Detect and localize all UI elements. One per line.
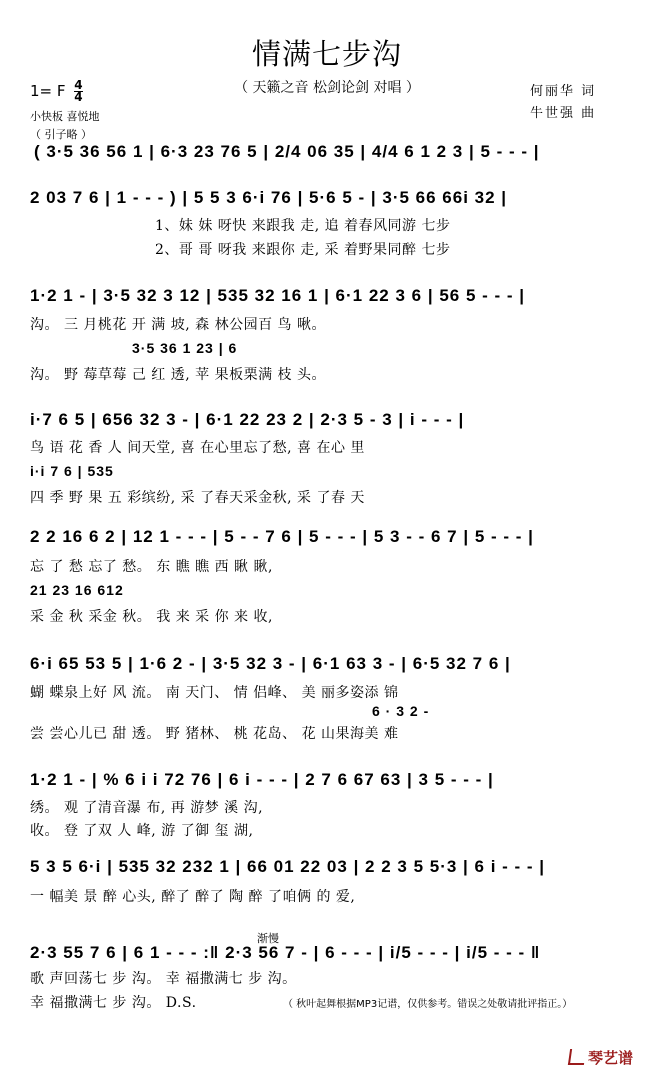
score-line-5-lyric-2: 采 金 秋 采金 秋。 我 来 采 你 来 收, xyxy=(30,606,273,626)
watermark-brand: 琴艺谱 xyxy=(588,1049,633,1067)
score-line-7-lyric-2: 收。 登 了双 人 峰, 游 了御 玺 湖, xyxy=(30,820,254,840)
score-line-2-lyric-2: 2、哥 哥 呀我 来跟你 走, 采 着野果同醉 七步 xyxy=(155,239,451,259)
watermark-logo: 琴艺谱 xyxy=(569,1047,633,1068)
score-line-4-notes: i·7 6 5 | 656 32 3 - | 6·1 22 23 2 | 2·3… xyxy=(30,410,464,430)
score-line-6-lyric-2: 尝 尝心儿已 甜 透。 野 猪林、 桃 花岛、 花 山果海美 难 xyxy=(30,723,399,743)
lyricist-credit: 何丽华 词 xyxy=(530,80,596,99)
score-line-5-alt-notes: 21 23 16 612 xyxy=(30,582,124,598)
tempo-marking: 小快板 喜悦地 xyxy=(30,108,100,124)
score-line-3-notes: 1·2 1 - | 3·5 32 3 12 | 535 32 16 1 | 6·… xyxy=(30,286,525,306)
song-title: 情满七步沟 xyxy=(0,32,654,73)
music-note-logo-icon xyxy=(568,1049,586,1065)
composer-credit: 牛世强 曲 xyxy=(530,102,596,121)
score-line-5-notes: 2 2 16 6 2 | 12 1 - - - | 5 - - 7 6 | 5 … xyxy=(30,527,534,547)
score-line-7-notes: 1·2 1 - | % 6 i i 72 76 | 6 i - - - | 2 … xyxy=(30,770,494,790)
score-line-1-notes: ( 3·5 36 56 1 | 6·3 23 76 5 | 2/4 06 35 … xyxy=(34,142,540,162)
score-line-2-notes: 2 03 7 6 | 1 - - - ) | 5 5 3 6·i 76 | 5·… xyxy=(30,188,507,208)
intro-note: （ 引子略 ） xyxy=(30,126,92,142)
score-line-8-notes: 5 3 5 6·i | 535 32 232 1 | 66 01 22 03 |… xyxy=(30,857,545,877)
transcription-footnote: （ 秋叶起舞根据MP3记谱，仅供参考。错误之处敬请批评指正。） xyxy=(283,995,572,1010)
score-line-4-lyric-1: 鸟 语 花 香 人 间天堂, 喜 在心里忘了愁, 喜 在心 里 xyxy=(30,437,365,457)
key-signature: 1= F 4 4 xyxy=(30,80,83,103)
score-line-6-notes: 6·i 65 53 5 | 1·6 2 - | 3·5 32 3 - | 6·1… xyxy=(30,654,511,674)
score-line-2-lyric-1: 1、妹 妹 呀快 来跟我 走, 追 着春风同游 七步 xyxy=(155,215,451,235)
score-line-3-lyric-1: 沟。 三 月桃花 开 满 坡, 森 林公园百 鸟 啾。 xyxy=(30,314,326,334)
key-label: 1= F xyxy=(30,82,66,100)
score-line-6-lyric-1: 蝴 蝶泉上好 风 流。 南 天门、 情 侣峰、 美 丽多姿添 锦 xyxy=(30,682,399,702)
score-line-9-lyric-1: 歌 声回荡七 步 沟。 幸 福撒满七 步 沟。 xyxy=(30,968,297,988)
score-line-9-notes: 2·3 55 7 6 | 6 1 - - - :‖ 2·3 56 7 - | 6… xyxy=(30,943,540,963)
time-signature: 4 4 xyxy=(74,80,82,103)
score-line-6-alt-notes: 6 · 3 2 - xyxy=(372,703,429,719)
score-line-4-alt-notes: i·i 7 6 | 535 xyxy=(30,463,114,479)
score-line-7-lyric-1: 绣。 观 了清音瀑 布, 再 游梦 溪 沟, xyxy=(30,797,263,817)
score-line-3-lyric-2: 沟。 野 莓草莓 己 红 透, 苹 果板栗满 枝 头。 xyxy=(30,364,326,384)
score-line-4-lyric-2: 四 季 野 果 五 彩缤纷, 采 了春天采金秋, 采 了春 天 xyxy=(30,487,365,507)
score-line-8-lyric-1: 一 幅美 景 醉 心头, 醉了 醉了 陶 醉 了咱俩 的 爱, xyxy=(30,886,355,906)
score-line-3-alt-notes: 3·5 36 1 23 | 6 xyxy=(132,340,237,356)
score-line-5-lyric-1: 忘 了 愁 忘了 愁。 东 瞧 瞧 西 瞅 瞅, xyxy=(30,556,273,576)
score-line-9-lyric-2: 幸 福撒满七 步 沟。 D.S. xyxy=(30,992,197,1012)
